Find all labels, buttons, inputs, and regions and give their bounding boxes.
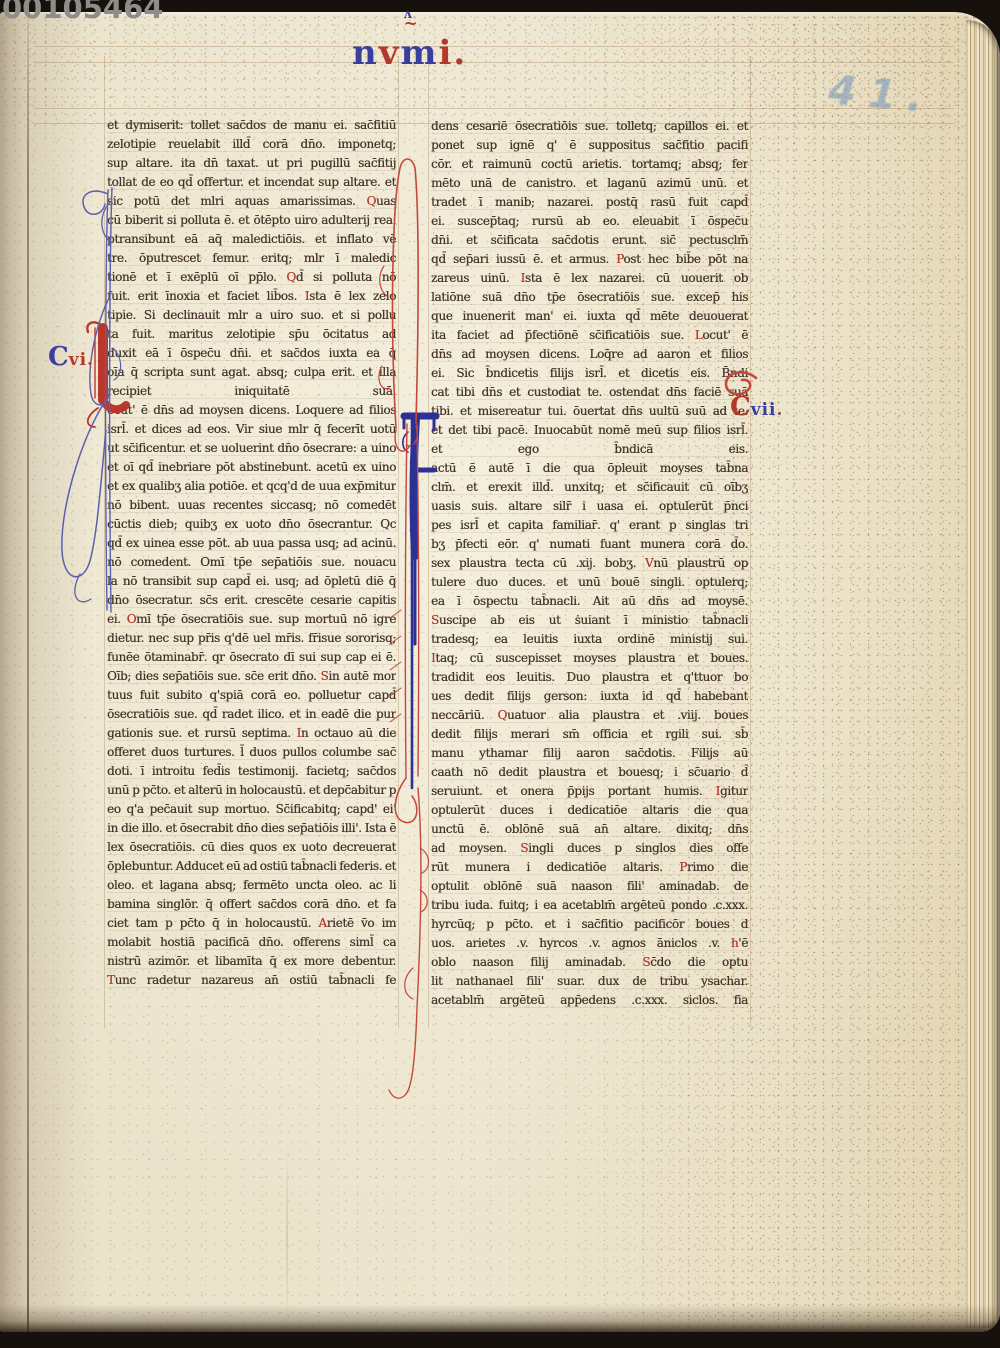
- text-line: zelotipie reuelabit illd̄ corā dn̄o. imp…: [107, 135, 396, 154]
- chapter-numeral: vii: [751, 400, 777, 420]
- text-line: nō bibent. uuas recentes siccasq; nō com…: [107, 496, 396, 515]
- ruling-line: [34, 46, 954, 47]
- text-line: pes isrl̄ et capita familiar̄. q' erant …: [431, 516, 748, 535]
- text-line: fuit. erit īnoxia et faciet lib̄os. Ista…: [107, 287, 396, 306]
- text-line: tradet ī manib; nazarei. postq̄ rasū fui…: [431, 193, 748, 212]
- text-line: recipiet iniquitatē suā.: [107, 382, 396, 401]
- ruling-line: [34, 108, 954, 109]
- text-line: unū p pc̄to. et alterū in holocaustū. et…: [107, 781, 396, 800]
- chapter-numeral: vi.: [69, 350, 94, 370]
- text-line: doti. ī introitu fed̄is testimonij. faci…: [107, 762, 396, 781]
- text-line: actū ē autē ī die qua ōpleuit moyses tab…: [431, 459, 748, 478]
- ruling-column-line: [428, 56, 429, 1028]
- text-line: sup altare. ita dn̄ taxat. ut pri pugill…: [107, 154, 396, 173]
- text-line: dn̄o ōsecratur. sc̄s erit. crescēte cesa…: [107, 591, 396, 610]
- text-line: gationis sue. et rursū septima. In octau…: [107, 724, 396, 743]
- text-line: cū biberit si polluta ē. et ōtēpto uiro …: [107, 211, 396, 230]
- text-line: tipie. Si declinauit mlr a uiro suo. et …: [107, 306, 396, 325]
- text-line: tionē et ī exēplū oī pp̄lo. Qd̄ si pollu…: [107, 268, 396, 287]
- manuscript-photo: 00105464 nvm~ʌi. 41. Cvi. Cvii. et dymis…: [0, 0, 1000, 1348]
- running-title: nvm~ʌi.: [352, 30, 467, 76]
- text-line: isrl̄. et dices ad eos. Vir siue mlr q̄ …: [107, 420, 396, 439]
- text-line: Tunc radetur nazareus an̄ ostiū tab̄nacl…: [107, 971, 396, 990]
- text-line: tradidit eos leuitis. Duo plaustra et q'…: [431, 668, 748, 687]
- text-line: uos. arietes .v. hyrcos .v. agnos āniclo…: [431, 934, 748, 953]
- text-line: in die illo. et ōsecrabit dn̄o dies sep̄…: [107, 819, 396, 838]
- text-line: ei. suscep̄taq; rursū ab eo. eleuabit ī …: [431, 212, 748, 231]
- text-line: oblo naason filij aminadab. Sc̄do die op…: [431, 953, 748, 972]
- text-line: zareus uinū. Ista ē lex nazarei. cū uoue…: [431, 269, 748, 288]
- text-line: ea ī ōspectu tab̄nacli. Ait aū dn̄s ad m…: [431, 592, 748, 611]
- text-line: molabit hostiā pacificā dn̄o. offerens s…: [107, 933, 396, 952]
- text-line: lex ōsecratiōis. cū dies quos ex uoto de…: [107, 838, 396, 857]
- text-line: tribu iuda. fuitq; i ea acetablm̄ argēte…: [431, 896, 748, 915]
- text-line: unctū ē. oblōnē suā an̄ altare. dixitq; …: [431, 820, 748, 839]
- text-line: clm̄. et erexit illd̄. unxitq; et sc̄ifi…: [431, 478, 748, 497]
- text-line: tulere duo duces. et unū bouē singli. op…: [431, 573, 748, 592]
- text-line: Itaq; cū suscepisset moyses plaustra et …: [431, 649, 748, 668]
- gutter-crease: [27, 12, 29, 1332]
- text-line: seruiunt. et onera p̄pijs portant humis.…: [431, 782, 748, 801]
- text-line: ad moysen. Singli duces p singlos dies o…: [431, 839, 748, 858]
- text-line: tradesq; ea leuitis iuxta ordinē ministi…: [431, 630, 748, 649]
- text-line: ut sc̄ificentur. et se uoluerint dn̄o ōs…: [107, 439, 396, 458]
- text-line: ponet sup ignē q' ē suppositus sac̄fitio…: [431, 136, 748, 155]
- text-line: acetablm̄ argēteū app̄edens .c.xxx. sicl…: [431, 991, 748, 1010]
- running-title-letter: i.: [438, 30, 467, 76]
- text-line: mēto unā de canistro. et laganū azimū un…: [431, 174, 748, 193]
- folio-number: 41.: [822, 68, 941, 122]
- text-line: ōsecratiōis sue. qd̄ radet ilico. et in …: [107, 705, 396, 724]
- text-line: cūctis dieb; quibʒ ex uoto dn̄o ōsecrant…: [107, 515, 396, 534]
- text-line: cōr. et raimunū coctū arietis. tortamq; …: [431, 155, 748, 174]
- text-line: tre. ōputrescet femur. eritq; mlr ī male…: [107, 249, 396, 268]
- text-line: ei. Omī tp̄e ōsecratiōis sue. sup mortuū…: [107, 610, 396, 629]
- text-column-left: et dymiserit: tollet sac̄dos de manu ei.…: [107, 116, 396, 992]
- text-line: neccāriū. Quatuor alia plaustra et .viij…: [431, 706, 748, 725]
- text-line: rūt munera i dedicatiōe altaris. Primo d…: [431, 858, 748, 877]
- ruling-column-line: [398, 56, 399, 1028]
- text-line: ues dedit filijs gerson: iuxta id qd̄ ha…: [431, 687, 748, 706]
- text-line: optulit oblōnē suā naason fili' aminadab…: [431, 877, 748, 896]
- text-line: Oīb; dies sep̄atiōis sue. sc̄e erit dn̄o…: [107, 667, 396, 686]
- text-line: lit nathanael fili' suar. dux de tribu y…: [431, 972, 748, 991]
- text-line: dn̄i. et sc̄ificata sac̄dotis erunt. sic…: [431, 231, 748, 250]
- running-title-letter: m~ʌ: [401, 30, 439, 76]
- text-line: ta fuit. maritus zelotipie sp̄u ōcitatus…: [107, 325, 396, 344]
- text-line: nistrū azimōr. et libamīta q̄ ex more de…: [107, 952, 396, 971]
- text-line: tuus fuit subito q'spiā corā eo. polluet…: [107, 686, 396, 705]
- chapter-mark-vi: Cvi.: [48, 342, 94, 372]
- text-line: bamina singlōr. q̄ offert sac̄dos corā d…: [107, 895, 396, 914]
- text-line: optulerūt duces i dedicatiōe altaris die…: [431, 801, 748, 820]
- text-line: sic potū det mlri aquas amarissimas. Qua…: [107, 192, 396, 211]
- text-line: Suscipe ab eis ut ṡuiant ī ministio tab̄…: [431, 611, 748, 630]
- chapter-initial: C: [48, 342, 69, 372]
- text-line: ptransibunt eā aq̄ maledictiōis. et infl…: [107, 230, 396, 249]
- page-bottom-edge: [0, 1304, 1000, 1332]
- chapter-mark-vii: Cvii.: [730, 392, 783, 422]
- text-line: offeret duos turtures. l̄ duos pullos co…: [107, 743, 396, 762]
- text-line: oīa q̄ scripta sunt agat. absq; culpa er…: [107, 363, 396, 382]
- text-line: caath nō dedit plaustra et bouesq; i sc̄…: [431, 763, 748, 782]
- text-line: hyrcūq; p pc̄to. et i sac̄fitio pacificō…: [431, 915, 748, 934]
- chapter-period: .: [777, 400, 784, 420]
- text-line: ōplebuntur. Adducet eū ad ostiū tab̄nacl…: [107, 857, 396, 876]
- text-line: qd̄ sep̄ari iussū ē. et armus. Post hec …: [431, 250, 748, 269]
- text-line: que inuenerit man' ei. iuxta qd̄ mēte de…: [431, 307, 748, 326]
- text-line: dens cesariē ōsecratiōis sue. tolletq; c…: [431, 117, 748, 136]
- text-line: ocut' ē dn̄s ad moysen dicens. Loquere a…: [107, 401, 396, 420]
- text-line: bʒ p̄fecti eōr. q' numati fuant munera c…: [431, 535, 748, 554]
- running-title-mark: ʌ: [404, 8, 414, 22]
- chapter-initial: C: [730, 392, 751, 422]
- ruling-column-line: [750, 56, 751, 1028]
- text-line: ciet tam p pc̄to q̄ in holocaustū. Ariet…: [107, 914, 396, 933]
- text-line: latiōne suā dn̄o tp̄e ōsecratiōis sue. e…: [431, 288, 748, 307]
- text-line: et oī qd̄ inebriare pōt abstinebunt. ace…: [107, 458, 396, 477]
- text-line: dietur. nec sup pr̄is q'dē uel mr̄is. fr…: [107, 629, 396, 648]
- running-title-letter: n: [352, 30, 379, 76]
- text-line: funēe ōtaminabr̄. qr ōsecrato dī sui sup…: [107, 648, 396, 667]
- text-line: dedit filijs merari sm̄ officia et rgili…: [431, 725, 748, 744]
- text-line: dn̄s ad moysen dicens. Loq̄re ad aaron e…: [431, 345, 748, 364]
- text-line: qd̄ ex uinea esse pōt. ab uua passa usq;…: [107, 534, 396, 553]
- digitization-number: 00105464: [2, 0, 163, 25]
- text-line: ei. Sic b̄ndicetis filijs isrl̄. et dice…: [431, 364, 748, 383]
- text-line: la nō transibit sup capd̄ ei. usq; ad ōp…: [107, 572, 396, 591]
- ruling-column-line: [104, 56, 105, 1028]
- text-line: ita faciet ad p̄fectiōnē sc̄ificatiōis s…: [431, 326, 748, 345]
- text-line: manu ythamar filij aaron sac̄dotis. Fili…: [431, 744, 748, 763]
- gutter-shadow: [0, 12, 110, 1332]
- text-line: nō comedent. Omī tp̄e sep̄atiōis sue. no…: [107, 553, 396, 572]
- text-line: eo q'a pec̄auit sup mortuo. Sc̄ificabitq…: [107, 800, 396, 819]
- page-stack-edge: [966, 20, 1000, 1328]
- running-title-letter: v: [379, 30, 401, 76]
- text-line: et dymiserit: tollet sac̄dos de manu ei.…: [107, 116, 396, 135]
- text-line: cat tibi dn̄s et custodiat te. ostendat …: [431, 383, 748, 402]
- ruling-line: [34, 62, 954, 63]
- text-line: et ex qualibʒ alia potiōe. et qcq'd de u…: [107, 477, 396, 496]
- text-column-right: dens cesariē ōsecratiōis sue. tolletq; c…: [431, 117, 748, 1012]
- text-line: uasis suis. altare silr̄ i uasa ei. optu…: [431, 497, 748, 516]
- text-line: tibi. et misereatur tui. ōuertat dn̄s uu…: [431, 402, 748, 421]
- text-line: et det tibi pacē. Inuocabūt nomē meū sup…: [431, 421, 748, 440]
- text-line: duxit eā ī ōspec̄u dn̄i. et sac̄dos iuxt…: [107, 344, 396, 363]
- text-line: sex plaustra tecta cū .xij. bobʒ. Vnū pl…: [431, 554, 748, 573]
- text-line: et ego b̄ndicā eis.: [431, 440, 748, 459]
- text-line: oleo. et lagana absq; fermēto uncta oleo…: [107, 876, 396, 895]
- text-line: tollat de eo qd̄ offertur. et incendat s…: [107, 173, 396, 192]
